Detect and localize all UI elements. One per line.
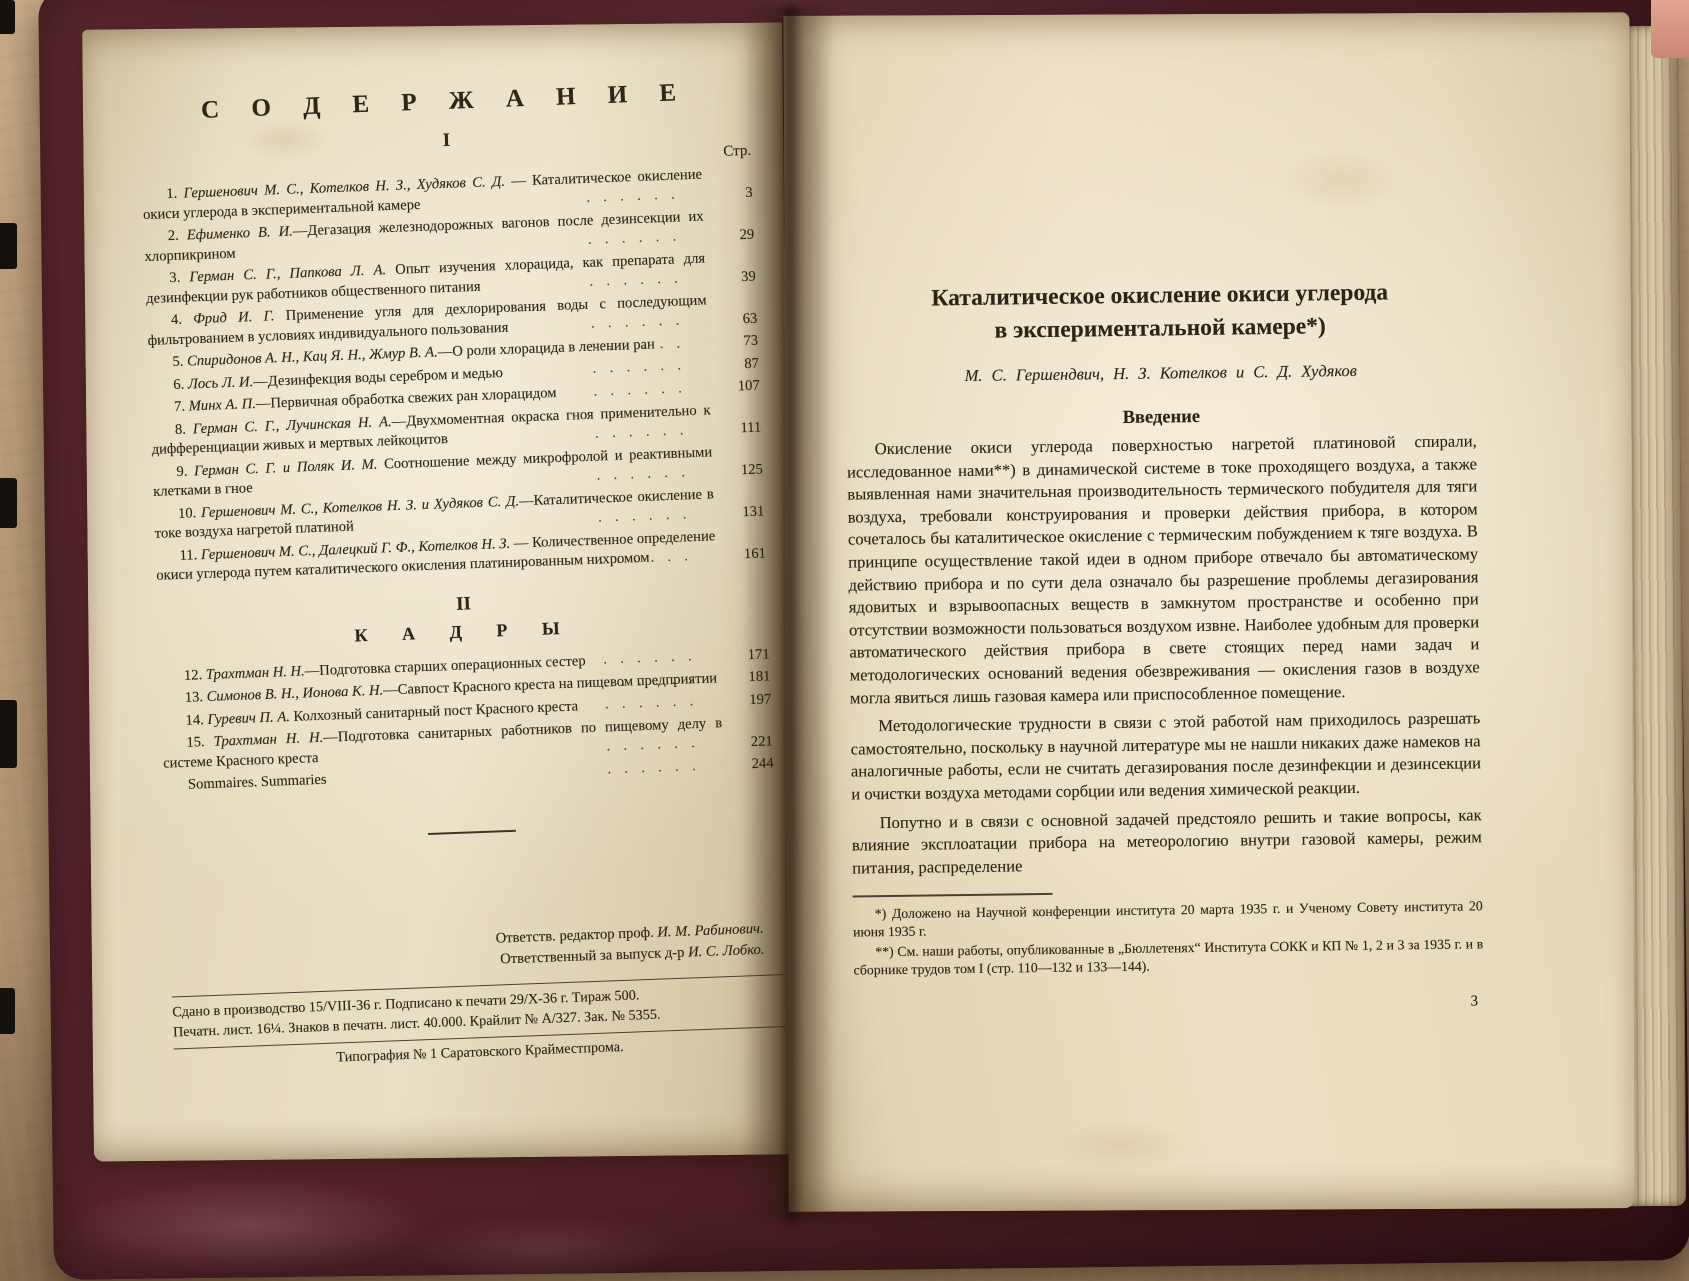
toc-entry-number: 15.: [186, 734, 205, 751]
article: Каталитическое окисление окиси углерода …: [845, 275, 1485, 1018]
dot-leader: [588, 333, 707, 356]
toc-entry-authors: Минх А. П.: [188, 396, 256, 414]
dot-leader: [587, 311, 706, 334]
toc-entry-number: 10.: [178, 505, 197, 522]
photo-edge-mark: [0, 0, 15, 34]
toc-entry-page: 39: [741, 267, 756, 287]
toc-entry-number: 7.: [174, 399, 186, 415]
dot-leader: [603, 733, 722, 756]
dot-leader: [594, 504, 713, 527]
paragraph: Методологические трудности в связи с это…: [850, 707, 1481, 806]
toc-entry-page: 181: [748, 667, 771, 687]
toc-entry-number: 8.: [175, 421, 187, 437]
toc-entry-page: 87: [744, 354, 759, 374]
toc-entry-number: 14.: [185, 712, 204, 729]
dot-leader: [600, 669, 719, 692]
toc-entry-page: 73: [743, 332, 758, 352]
toc-entry-number: 6.: [173, 376, 185, 392]
toc-entry-number: 4.: [171, 312, 183, 328]
dot-leader: [601, 691, 720, 714]
dot-leader: [585, 269, 704, 292]
toc-entry-number: 9.: [176, 463, 188, 479]
toc-entry-number: 3.: [169, 270, 181, 286]
introduction-heading: Введение: [846, 403, 1476, 432]
toc-entry-page: 161: [744, 544, 767, 564]
photo-edge-mark: [0, 223, 17, 269]
dot-leader: [599, 646, 718, 669]
toc-entry-page: 244: [751, 754, 774, 774]
photo-edge-mark: [0, 478, 17, 528]
toc-entry-page: 197: [749, 690, 772, 710]
toc-entry-authors: Трахтман Н. Н.: [206, 663, 305, 683]
editors-block: Ответств. редактор проф. И. М. Рабинович…: [170, 918, 783, 982]
toc-entry-page: 131: [742, 502, 765, 522]
dot-leader: [590, 378, 709, 401]
toc-entry-authors: Трахтман Н. Н.: [213, 730, 323, 750]
section-divider-rule: [428, 829, 516, 834]
toc-entry-authors: Симонов В. Н., Ионова К. Н.: [206, 683, 383, 705]
toc-entry-page: 3: [745, 183, 753, 203]
corner-sticker: [1651, 0, 1689, 58]
toc-entry-number: 2.: [168, 228, 180, 244]
toc-entry-page: 221: [751, 732, 774, 752]
photo-edge-mark: [0, 988, 15, 1034]
toc-entry-authors: Лось Л. И.: [188, 374, 254, 392]
footnote-rule: [853, 893, 1053, 897]
dot-leader: [582, 185, 701, 208]
toc-entry-number: 11.: [179, 547, 197, 564]
dot-leader: [596, 546, 715, 569]
toc-entry-authors: Гуревич П. А.: [207, 708, 290, 727]
toc-entry-number: 1.: [166, 186, 178, 202]
right-page: Каталитическое окисление окиси углерода …: [783, 12, 1634, 1212]
toc-entry-page: 171: [747, 645, 770, 665]
dot-leader: [584, 227, 703, 250]
table-of-contents: С О Д Е Р Ж А Н И Е I Стр. 1. Гершенович…: [139, 77, 786, 1072]
page-number: 3: [854, 993, 1484, 1018]
editor-name: И. М. Рабинович.: [657, 920, 764, 940]
toc-entry-number: 5.: [172, 354, 184, 370]
photo-edge-mark: [0, 700, 17, 768]
article-authors: М. С. Гершендвич, Н. З. Котелков и С. Д.…: [846, 359, 1476, 387]
dot-leader: [589, 355, 708, 378]
toc-entry-authors: Ефименко В. И.: [187, 224, 293, 244]
toc-entry-authors: Фрид И. Г.: [193, 308, 275, 327]
editor-name: И. С. Лобко.: [688, 941, 765, 960]
toc-entry-page: 111: [740, 419, 762, 439]
dot-leader: [593, 462, 712, 485]
paragraph: Окисление окиси углерода поверхностью на…: [847, 430, 1480, 709]
toc-entry-authors: Герман С. Г. и Поляк И. М.: [194, 456, 378, 479]
colophon: Сдано в производство 15/VIII-36 г. Подпи…: [172, 980, 785, 1042]
dot-leader: [591, 420, 710, 443]
footnote: *) Доложено на Научной конференции инсти…: [853, 897, 1483, 941]
toc-entry-number: 12.: [184, 667, 203, 684]
left-page: С О Д Е Р Ж А Н И Е I Стр. 1. Гершенович…: [82, 22, 794, 1161]
paragraph: Попутно и в связи с основной задачей пре…: [851, 804, 1482, 880]
toc-title: С О Д Е Р Ж А Н И Е: [139, 77, 752, 127]
toc-entry-title: Sommaires. Summaries: [188, 772, 327, 793]
toc-entry-number: 13.: [184, 689, 203, 706]
toc-entry-page: 63: [742, 309, 757, 329]
article-title: Каталитическое окисление окиси углерода …: [845, 275, 1476, 349]
toc-entry-page: 125: [741, 460, 764, 480]
footnote: **) См. наши работы, опубликованные в „Б…: [853, 935, 1483, 979]
toc-entry-page: 29: [739, 225, 754, 245]
dot-leader: [603, 756, 722, 779]
toc-entry-page: 107: [738, 377, 761, 397]
